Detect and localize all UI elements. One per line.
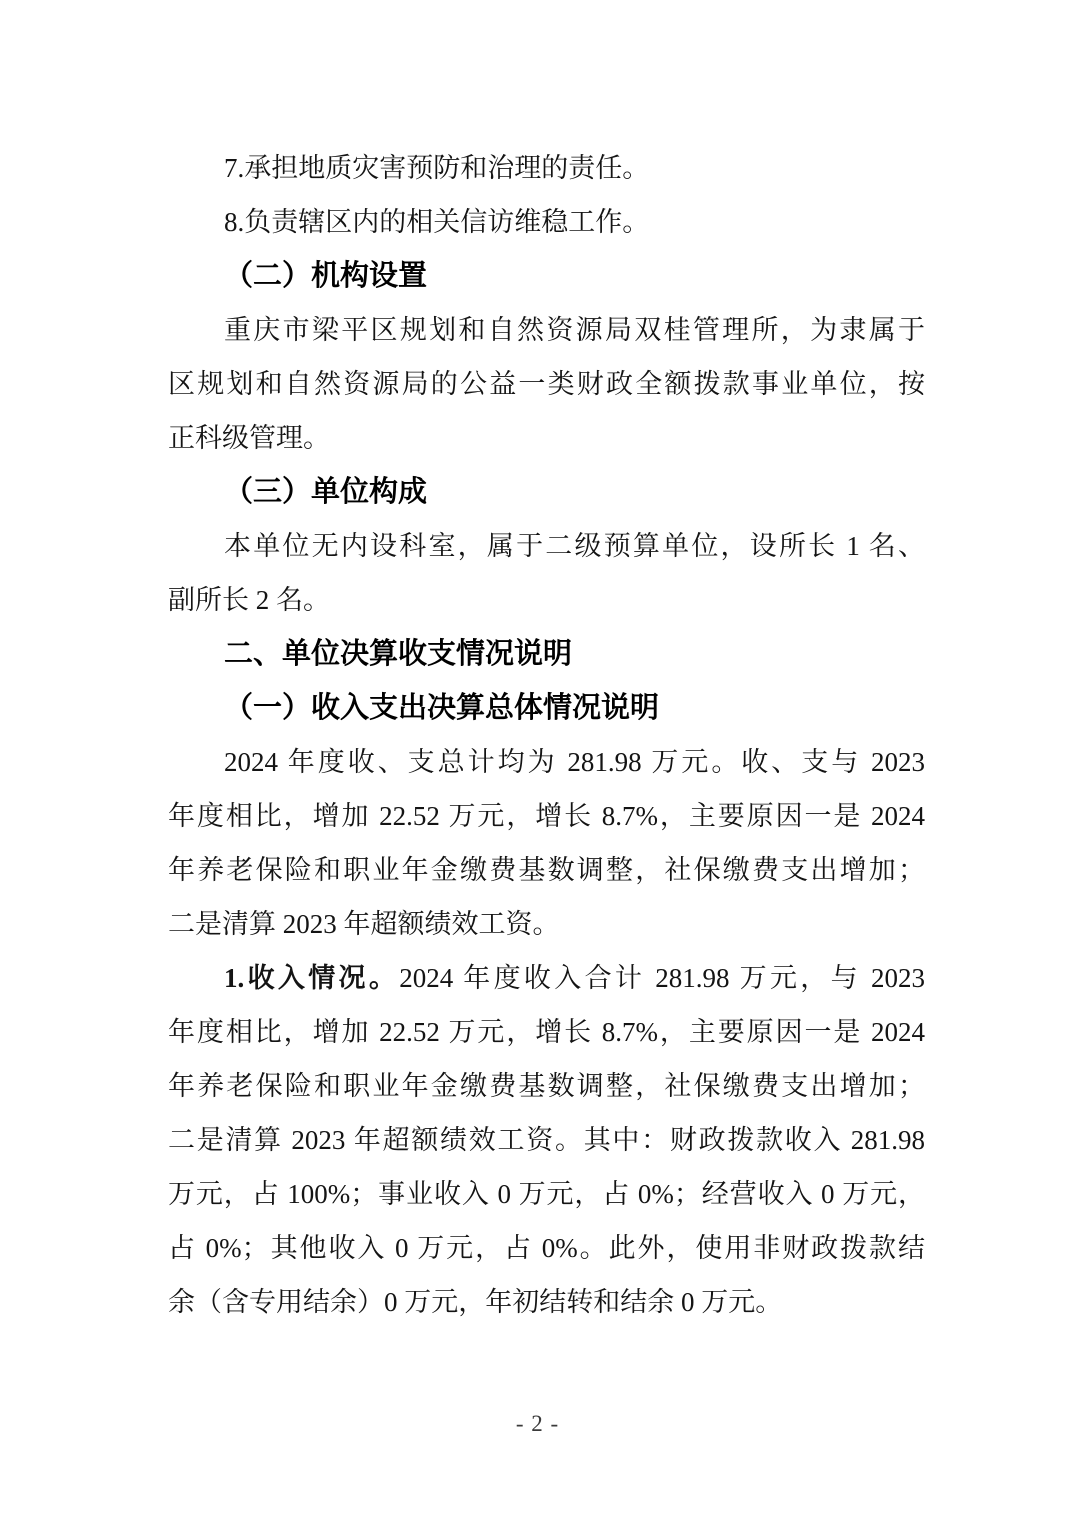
para-unit-line-1: 本单位无内设科室，属于二级预算单位，设所长 1 名、	[168, 519, 925, 573]
heading-org-setup: （二）机构设置	[168, 249, 925, 303]
duty-item-7: 7.承担地质灾害预防和治理的责任。	[168, 141, 925, 195]
para-income-line-4: 二是清算 2023 年超额绩效工资。其中：财政拨款收入 281.98	[168, 1113, 925, 1167]
text-run: 2024 年度收入合计 281.98 万元，与 2023	[399, 963, 925, 993]
para-income-line-5: 万元，占 100%；事业收入 0 万元，占 0%；经营收入 0 万元，	[168, 1167, 925, 1221]
heading-section-2: 二、单位决算收支情况说明	[168, 627, 925, 681]
para-org-line-1: 重庆市梁平区规划和自然资源局双桂管理所，为隶属于	[168, 303, 925, 357]
duty-item-8: 8.负责辖区内的相关信访维稳工作。	[168, 195, 925, 249]
para-income-line-1: 1.收入情况。2024 年度收入合计 281.98 万元，与 2023	[168, 951, 925, 1005]
document-body: 7.承担地质灾害预防和治理的责任。8.负责辖区内的相关信访维稳工作。（二）机构设…	[168, 141, 925, 1329]
para-org-line-2: 区规划和自然资源局的公益一类财政全额拨款事业单位，按	[168, 357, 925, 411]
para-total-line-1: 2024 年度收、支总计均为 281.98 万元。收、支与 2023	[168, 735, 925, 789]
para-income-line-3: 年养老保险和职业年金缴费基数调整，社保缴费支出增加；	[168, 1059, 925, 1113]
para-income-line-2: 年度相比，增加 22.52 万元，增长 8.7%，主要原因一是 2024	[168, 1005, 925, 1059]
page-number: - 2 -	[0, 1402, 1075, 1446]
para-unit-line-2: 副所长 2 名。	[168, 573, 925, 627]
para-income-line-6: 占 0%；其他收入 0 万元，占 0%。此外，使用非财政拨款结	[168, 1221, 925, 1275]
para-total-line-3: 年养老保险和职业年金缴费基数调整，社保缴费支出增加；	[168, 843, 925, 897]
para-total-line-2: 年度相比，增加 22.52 万元，增长 8.7%，主要原因一是 2024	[168, 789, 925, 843]
para-income-line-7: 余（含专用结余）0 万元，年初结转和结余 0 万元。	[168, 1275, 925, 1329]
document-page: 7.承担地质灾害预防和治理的责任。8.负责辖区内的相关信访维稳工作。（二）机构设…	[0, 0, 1075, 1520]
heading-unit-composition: （三）单位构成	[168, 465, 925, 519]
bold-text-run: 1.收入情况。	[224, 963, 399, 993]
heading-overall-summary: （一）收入支出决算总体情况说明	[168, 681, 925, 735]
para-org-line-3: 正科级管理。	[168, 411, 925, 465]
para-total-line-4: 二是清算 2023 年超额绩效工资。	[168, 897, 925, 951]
